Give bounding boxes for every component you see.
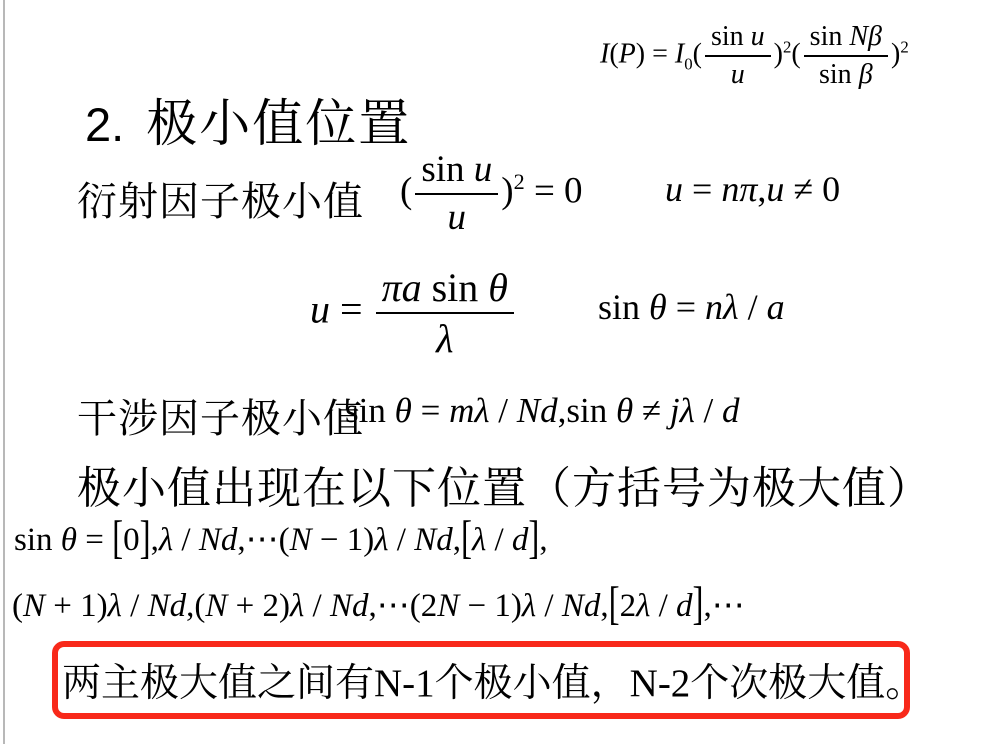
interference-minimum-formula: sin θ = mλ / Nd,sin θ ≠ jλ / d xyxy=(345,391,740,431)
diffraction-factor-label: 衍射因子极小值 xyxy=(77,170,364,227)
slide-left-border xyxy=(3,0,5,744)
intensity-formula: I(P) = I0(sin uu)2(sin Nβsin β)2 xyxy=(600,22,909,90)
positions-heading: 极小值出现在以下位置（方括号为极大值） xyxy=(77,452,932,516)
sin-theta-diffraction-formula: sin θ = nλ / a xyxy=(598,286,785,328)
title-text: 极小值位置 xyxy=(146,97,411,153)
conclusion-box: 两主极大值之间有N-1个极小值，N-2个次极大值。 xyxy=(52,641,910,719)
positions-formula-line2: (N + 1)λ / Nd,(N + 2)λ / Nd,⋯(2N − 1)λ /… xyxy=(12,585,745,625)
positions-formula-line1: sin θ = [0],λ / Nd,⋯(N − 1)λ / Nd,[λ / d… xyxy=(14,519,548,559)
conclusion-text: 两主极大值之间有N-1个极小值，N-2个次极大值。 xyxy=(62,652,924,708)
title-number: 2. xyxy=(85,98,124,151)
lecture-slide: I(P) = I0(sin uu)2(sin Nβsin β)2 2.极小值位置… xyxy=(0,0,994,744)
u-definition-formula: u = πa sin θλ xyxy=(310,266,517,360)
slide-title: 2.极小值位置 xyxy=(85,82,411,156)
u-condition-formula: u = nπ,u ≠ 0 xyxy=(665,168,840,210)
interference-factor-label: 干涉因子极小值 xyxy=(77,387,364,444)
diffraction-minimum-formula: (sin uu)2 = 0 xyxy=(400,150,583,238)
